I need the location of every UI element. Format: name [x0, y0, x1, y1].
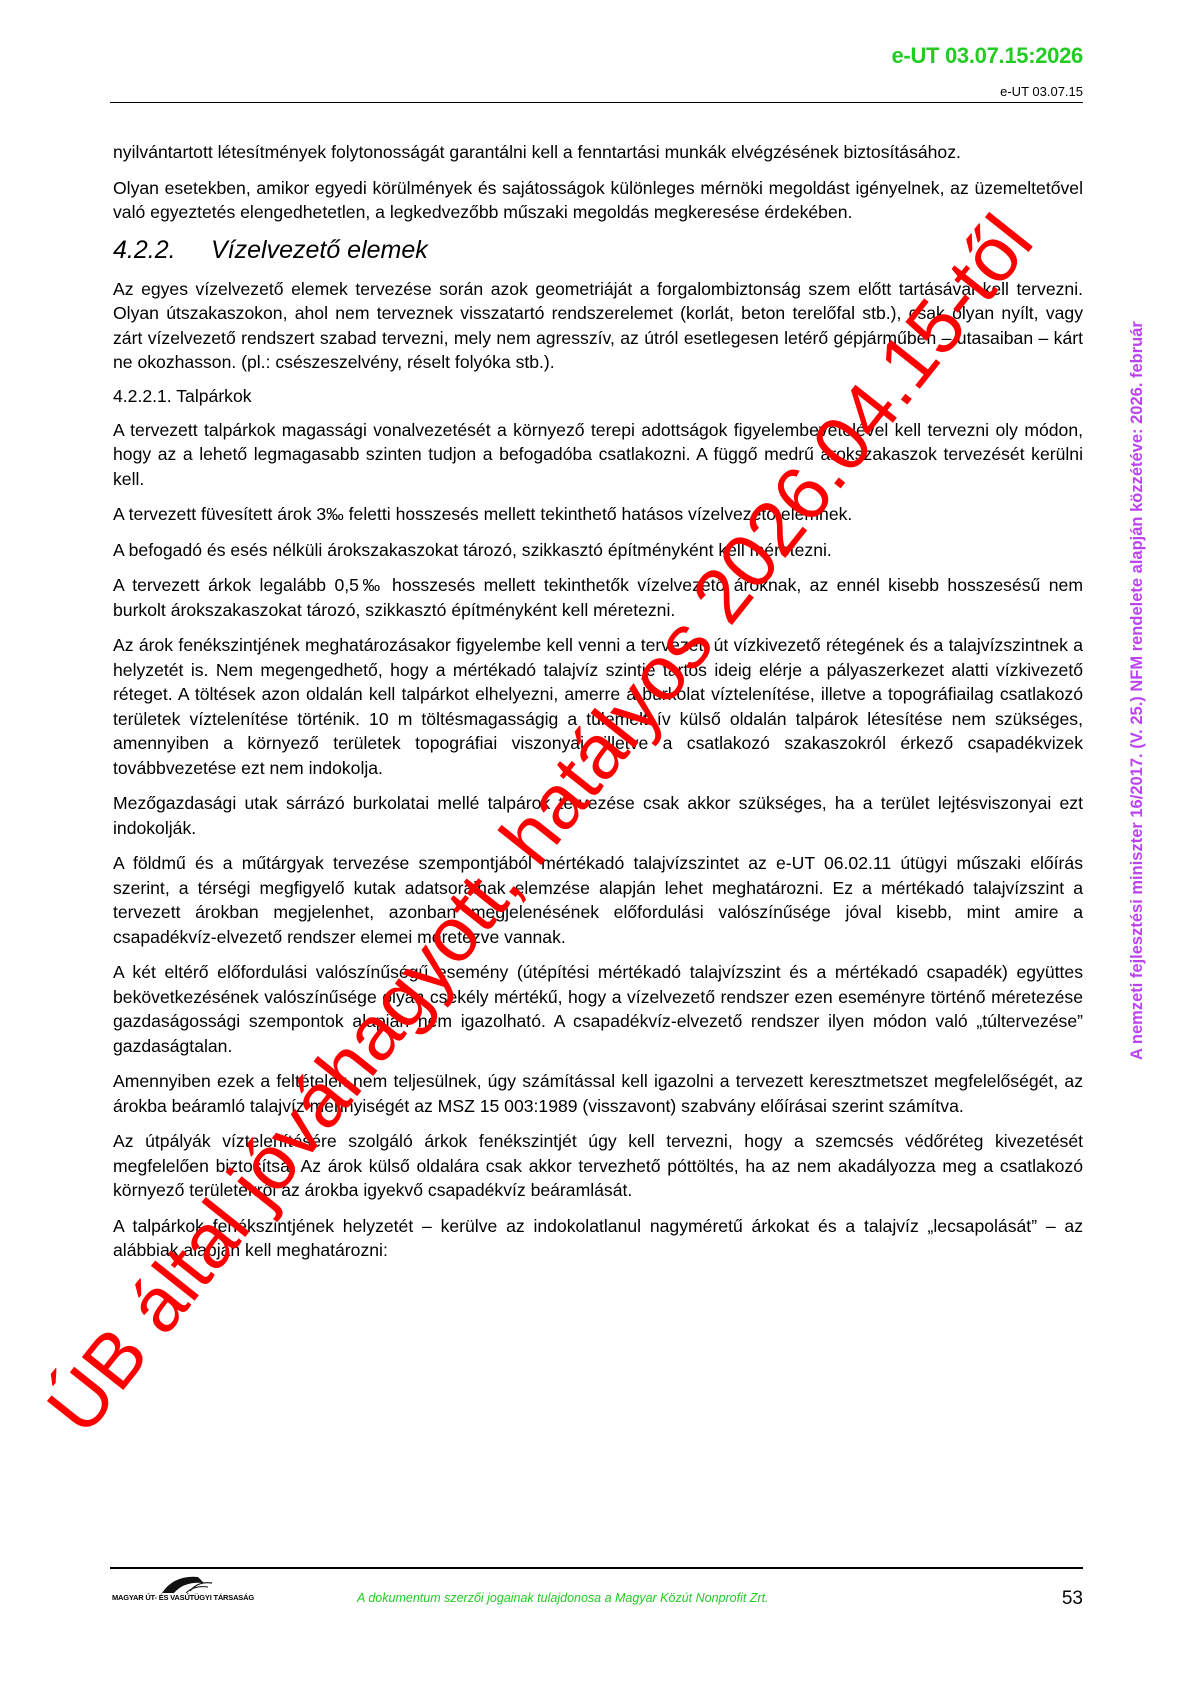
copyright-notice: A dokumentum szerzői jogainak tulajdonos…: [357, 1591, 769, 1605]
page-body: nyilvántartott létesítmények folytonossá…: [113, 140, 1083, 1274]
paragraph: A befogadó és esés nélküli árokszakaszok…: [113, 538, 1083, 563]
section-heading: 4.2.2.Vízelvezető elemek: [113, 236, 1083, 265]
paragraph: Amennyiben ezek a feltételek nem teljesü…: [113, 1069, 1083, 1118]
paragraph: Az útpályák víztelenítésére szolgáló árk…: [113, 1129, 1083, 1203]
section-title: Vízelvezető elemek: [211, 236, 428, 264]
paragraph: Olyan esetekben, amikor egyedi körülmény…: [113, 176, 1083, 225]
paragraph: Mezőgazdasági utak sárrázó burkolatai me…: [113, 791, 1083, 840]
publication-side-note: A nemzeti fejlesztési miniszter 16/2017.…: [1128, 160, 1147, 1060]
header-divider: [110, 102, 1083, 103]
paragraph: A két eltérő előfordulási valószínűségű …: [113, 960, 1083, 1058]
paragraph: nyilvántartott létesítmények folytonossá…: [113, 140, 1083, 165]
paragraph: A tervezett talpárkok magassági vonalvez…: [113, 418, 1083, 492]
paragraph: A tervezett füvesített árok 3‰ feletti h…: [113, 502, 1083, 527]
paragraph: A földmű és a műtárgyak tervezése szempo…: [113, 851, 1083, 949]
page-number: 53: [1062, 1588, 1083, 1610]
subsection-heading: 4.2.2.1. Talpárkok: [113, 386, 1083, 407]
footer-divider: [110, 1567, 1083, 1569]
road-arc-icon: [160, 1575, 214, 1593]
paragraph: A tervezett árkok legalább 0,5‰ hosszesé…: [113, 573, 1083, 622]
logo-text: MAGYAR ÚT- ÉS VASÚTÜGYI TÁRSASÁG: [112, 1593, 254, 1602]
paragraph: Az árok fenékszintjének meghatározásakor…: [113, 633, 1083, 780]
document-code: e-UT 03.07.15:2026: [891, 43, 1083, 69]
running-header: e-UT 03.07.15: [1000, 84, 1083, 99]
paragraph: A talpárkok fenékszintjének helyzetét – …: [113, 1214, 1083, 1263]
paragraph: Az egyes vízelvezető elemek tervezése so…: [113, 277, 1083, 375]
society-logo: MAGYAR ÚT- ÉS VASÚTÜGYI TÁRSASÁG: [112, 1575, 262, 1615]
section-number: 4.2.2.: [113, 236, 211, 265]
